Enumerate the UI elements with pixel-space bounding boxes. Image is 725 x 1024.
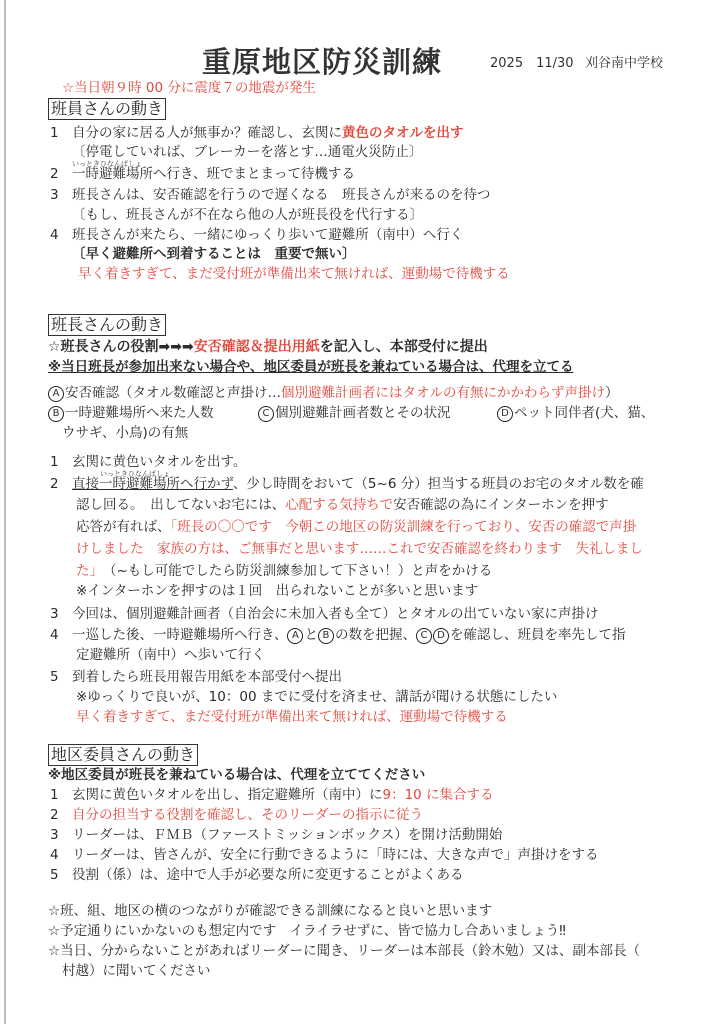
leader-step-2-line6: ※インターホンを押すのは１回 出られないことが多いと思います: [76, 582, 478, 600]
section-heading-members: 班員さんの動き: [48, 98, 166, 120]
district-step-1: 1玄関に黄色いタオルを出し、指定避難所（南中）に9：10 に集合する: [50, 786, 494, 804]
leader-step-2-line2: 認し回る。 出してないお宅には、心配する気持ちで安否確認の為にインターホンを押す: [76, 496, 609, 514]
document-page: 重原地区防災訓練 2025 11/30 刈谷南中学校 ☆当日朝９時 00 分に震…: [0, 0, 725, 1024]
scenario-note: ☆当日朝９時 00 分に震度７の地震が発生: [62, 79, 316, 97]
leader-step-4: 4一巡した後、一時避難場所へ行き、AとBの数を把握、CDを確認し、班員を率先して…: [50, 626, 625, 644]
step-number: 2: [50, 475, 72, 493]
step-number: 1: [50, 453, 72, 471]
step-text: 到着したら班長用報告用紙を本部受付へ提出: [72, 669, 342, 685]
leader-step-5: 5到着したら班長用報告用紙を本部受付へ提出: [50, 668, 342, 686]
document-date: 2025 11/30: [490, 52, 574, 71]
step-number: 4: [50, 226, 72, 244]
step-red-text: た」: [76, 563, 96, 579]
member-step-4-note: 〔早く避難所へ到着することは 重要で無い〕: [72, 245, 356, 263]
school-name: 刈谷南中学校: [585, 52, 663, 71]
member-step-3-note: 〔もし、班長さんが不在なら他の人が班長役を代行する〕: [72, 206, 423, 224]
step-text: 班長さんが来たら、一緒にゆっくり歩いて避難所（南中）へ行く: [72, 227, 463, 243]
member-step-4: 4班長さんが来たら、一緒にゆっくり歩いて避難所（南中）へ行く: [50, 226, 463, 244]
section-heading-district: 地区委員さんの動き: [48, 744, 198, 766]
step-number: 4: [50, 626, 72, 644]
step-number: 2: [50, 806, 72, 824]
step-text: 役割（係）は、途中で人手が必要な所に変更することがよくある: [72, 867, 464, 883]
closing-note-2: ☆予定通りにいかないのも想定内です イライラせずに、皆で協力し合あいましょう‼: [48, 922, 566, 940]
step-text: 、少し時間をおいて（5~6 分）担当する班員のお宅のタオル数を確: [233, 476, 644, 492]
check-item-b: B一時避難場所へ来た人数: [48, 404, 214, 422]
leader-step-5-note: ※ゆっくりで良いが、10：00 までに受付を済ませ、講話が聞ける状態にしたい: [76, 688, 557, 706]
leader-warning: 早く着きすぎて、まだ受付班が準備出来て無ければ、運動場で待機する: [76, 708, 508, 726]
district-step-5: 5役割（係）は、途中で人手が必要な所に変更することがよくある: [50, 866, 464, 884]
step-text: 一時避難場所へ行き、班でまとまって待機する: [72, 166, 355, 182]
document-title: 重原地区防災訓練: [202, 40, 442, 81]
role-suffix: を記入し、本部受付に提出: [320, 339, 488, 355]
circled-c-icon: C: [416, 628, 432, 644]
circled-a-icon: A: [48, 386, 64, 402]
step-text: （~もし可能でしたら防災訓練参加して下さい！）と声をかける: [96, 563, 492, 579]
leader-step-3: 3今回は、個別避難計画者（自治会に未加入者も全て）とタオルの出ていない家に声掛け: [50, 605, 599, 623]
step-number: 1: [50, 124, 72, 142]
step-red-text: 自分の担当する役割を確認し、そのリーダーの指示に従う: [72, 807, 423, 823]
circled-c-icon: C: [258, 406, 274, 422]
step-number: 3: [50, 605, 72, 623]
step-text: 応答が有れば、: [76, 519, 171, 535]
district-proxy-note: ※地区委員が班長を兼ねている場合は、代理を立ててください: [48, 766, 425, 784]
step-text: リーダーは、ＦＭＢ（ファーストミッションボックス）を開け活動開始: [72, 827, 502, 843]
check-item-d: Dペット同伴者(犬、猫、: [497, 404, 654, 422]
step-red-text: 9：10 に集合する: [383, 787, 494, 803]
check-end: ）: [605, 385, 619, 401]
closing-note-4: 村越）に聞いてください: [62, 962, 211, 980]
step-number: 3: [50, 186, 72, 204]
circled-a-icon: A: [287, 628, 303, 644]
district-step-3: 3リーダーは、ＦＭＢ（ファーストミッションボックス）を開け活動開始: [50, 826, 502, 844]
leader-role: ☆班長さんの役割➡➡➡安否確認＆提出用紙を記入し、本部受付に提出: [48, 338, 488, 356]
closing-note-1: ☆班、組、地区の横のつながりが確認できる訓練になると良いと思います: [48, 902, 492, 920]
step-text: 自分の家に居る人が無事か？確認し、玄関に: [72, 125, 342, 141]
step-text: 班長さんは、安否確認を行うので遅くなる 班長さんが来るのを待つ: [72, 187, 491, 203]
step-number: 1: [50, 786, 72, 804]
step-text: 今回は、個別避難計画者（自治会に未加入者も全て）とタオルの出ていない家に声掛け: [72, 606, 599, 622]
step-text: を確認し、班員を率先して指: [450, 627, 626, 643]
step-number: 3: [50, 826, 72, 844]
district-step-4: 4リーダーは、皆さんが、安全に行動できるように「時には、大きな声で」声掛けをする: [50, 846, 599, 864]
member-step-1: 1自分の家に居る人が無事か？確認し、玄関に黄色のタオルを出す: [50, 124, 464, 142]
check-item-d-cont: ウサギ、小鳥)の有無: [62, 424, 188, 442]
member-step-2: 2一時避難場所へ行き、班でまとまって待機する: [50, 165, 355, 183]
step-number: 4: [50, 846, 72, 864]
step-number: 2: [50, 165, 72, 183]
step-text: の数を把握、: [335, 627, 416, 643]
step-underlined: 直接一時避難場所へ行かず: [72, 476, 233, 492]
closing-note-3: ☆当日、分からないことがあればリーダーに聞き、リーダーは本部長（鈴木勉）又は、副…: [48, 942, 640, 960]
leader-step-4-line2: 定避難所（南中）へ歩いて行く: [76, 646, 265, 664]
step-number: 5: [50, 866, 72, 884]
step-number: 5: [50, 668, 72, 686]
step-red-text: 「班長の〇〇です 今朝この地区の防災訓練を行っており、安否の確認で声掛: [171, 519, 637, 535]
check-text: ペット同伴者(犬、猫、: [514, 405, 654, 421]
member-warning: 早く着きすぎて、まだ受付班が準備出来て無ければ、運動場で待機する: [78, 265, 510, 283]
check-red-text: 個別避難計画者にはタオルの有無にかかわらず声掛け: [281, 385, 605, 401]
section-heading-leader: 班長さんの動き: [48, 314, 166, 336]
member-step-3: 3班長さんは、安否確認を行うので遅くなる 班長さんが来るのを待つ: [50, 186, 491, 204]
step-text: と: [304, 627, 318, 643]
step-highlight: 黄色のタオルを出す: [342, 125, 464, 141]
step-text: 一巡した後、一時避難場所へ行き、: [72, 627, 287, 643]
role-prefix: ☆班長さんの役割➡➡➡: [48, 339, 194, 355]
check-text: 個別避難計画者数とその状況: [275, 405, 451, 421]
leader-proxy-note: ※当日班長が参加出来ない場合や、地区委員が班長を兼ねている場合は、代理を立てる: [48, 358, 574, 376]
circled-d-icon: D: [433, 628, 449, 644]
leader-step-2-line5: た」 （~もし可能でしたら防災訓練参加して下さい！）と声をかける: [76, 562, 492, 580]
circled-b-icon: B: [48, 406, 64, 422]
circled-b-icon: B: [318, 628, 334, 644]
leader-step-2-line4: けしました 家族の方は、ご無事だと思います……これで安否確認を終わります 失礼し…: [76, 540, 643, 558]
role-highlight: 安否確認＆提出用紙: [194, 339, 320, 355]
leader-step-2: 2直接一時避難場所へ行かず、少し時間をおいて（5~6 分）担当する班員のお宅のタ…: [50, 475, 644, 493]
leader-step-2-line3: 応答が有れば、「班長の〇〇です 今朝この地区の防災訓練を行っており、安否の確認で…: [76, 518, 636, 536]
check-text: 安否確認（タオル数確認と声掛け…: [65, 385, 281, 401]
step-text: 安否確認の為にインターホンを押す: [393, 497, 608, 513]
check-item-a: A安否確認（タオル数確認と声掛け…個別避難計画者にはタオルの有無にかかわらず声掛…: [48, 384, 619, 402]
check-text: 一時避難場所へ来た人数: [65, 405, 214, 421]
circled-d-icon: D: [497, 406, 513, 422]
step-text: リーダーは、皆さんが、安全に行動できるように「時には、大きな声で」声掛けをする: [72, 847, 599, 863]
step-text: 認し回る。 出してないお宅には、: [76, 497, 285, 513]
check-item-c: C個別避難計画者数とその状況: [258, 404, 451, 422]
step-text: 玄関に黄色いタオルを出す。: [72, 454, 246, 470]
step-red-text: 心配する気持ちで: [285, 497, 393, 513]
step-text: 玄関に黄色いタオルを出し、指定避難所（南中）に: [72, 787, 383, 803]
district-step-2: 2自分の担当する役割を確認し、そのリーダーの指示に従う: [50, 806, 423, 824]
